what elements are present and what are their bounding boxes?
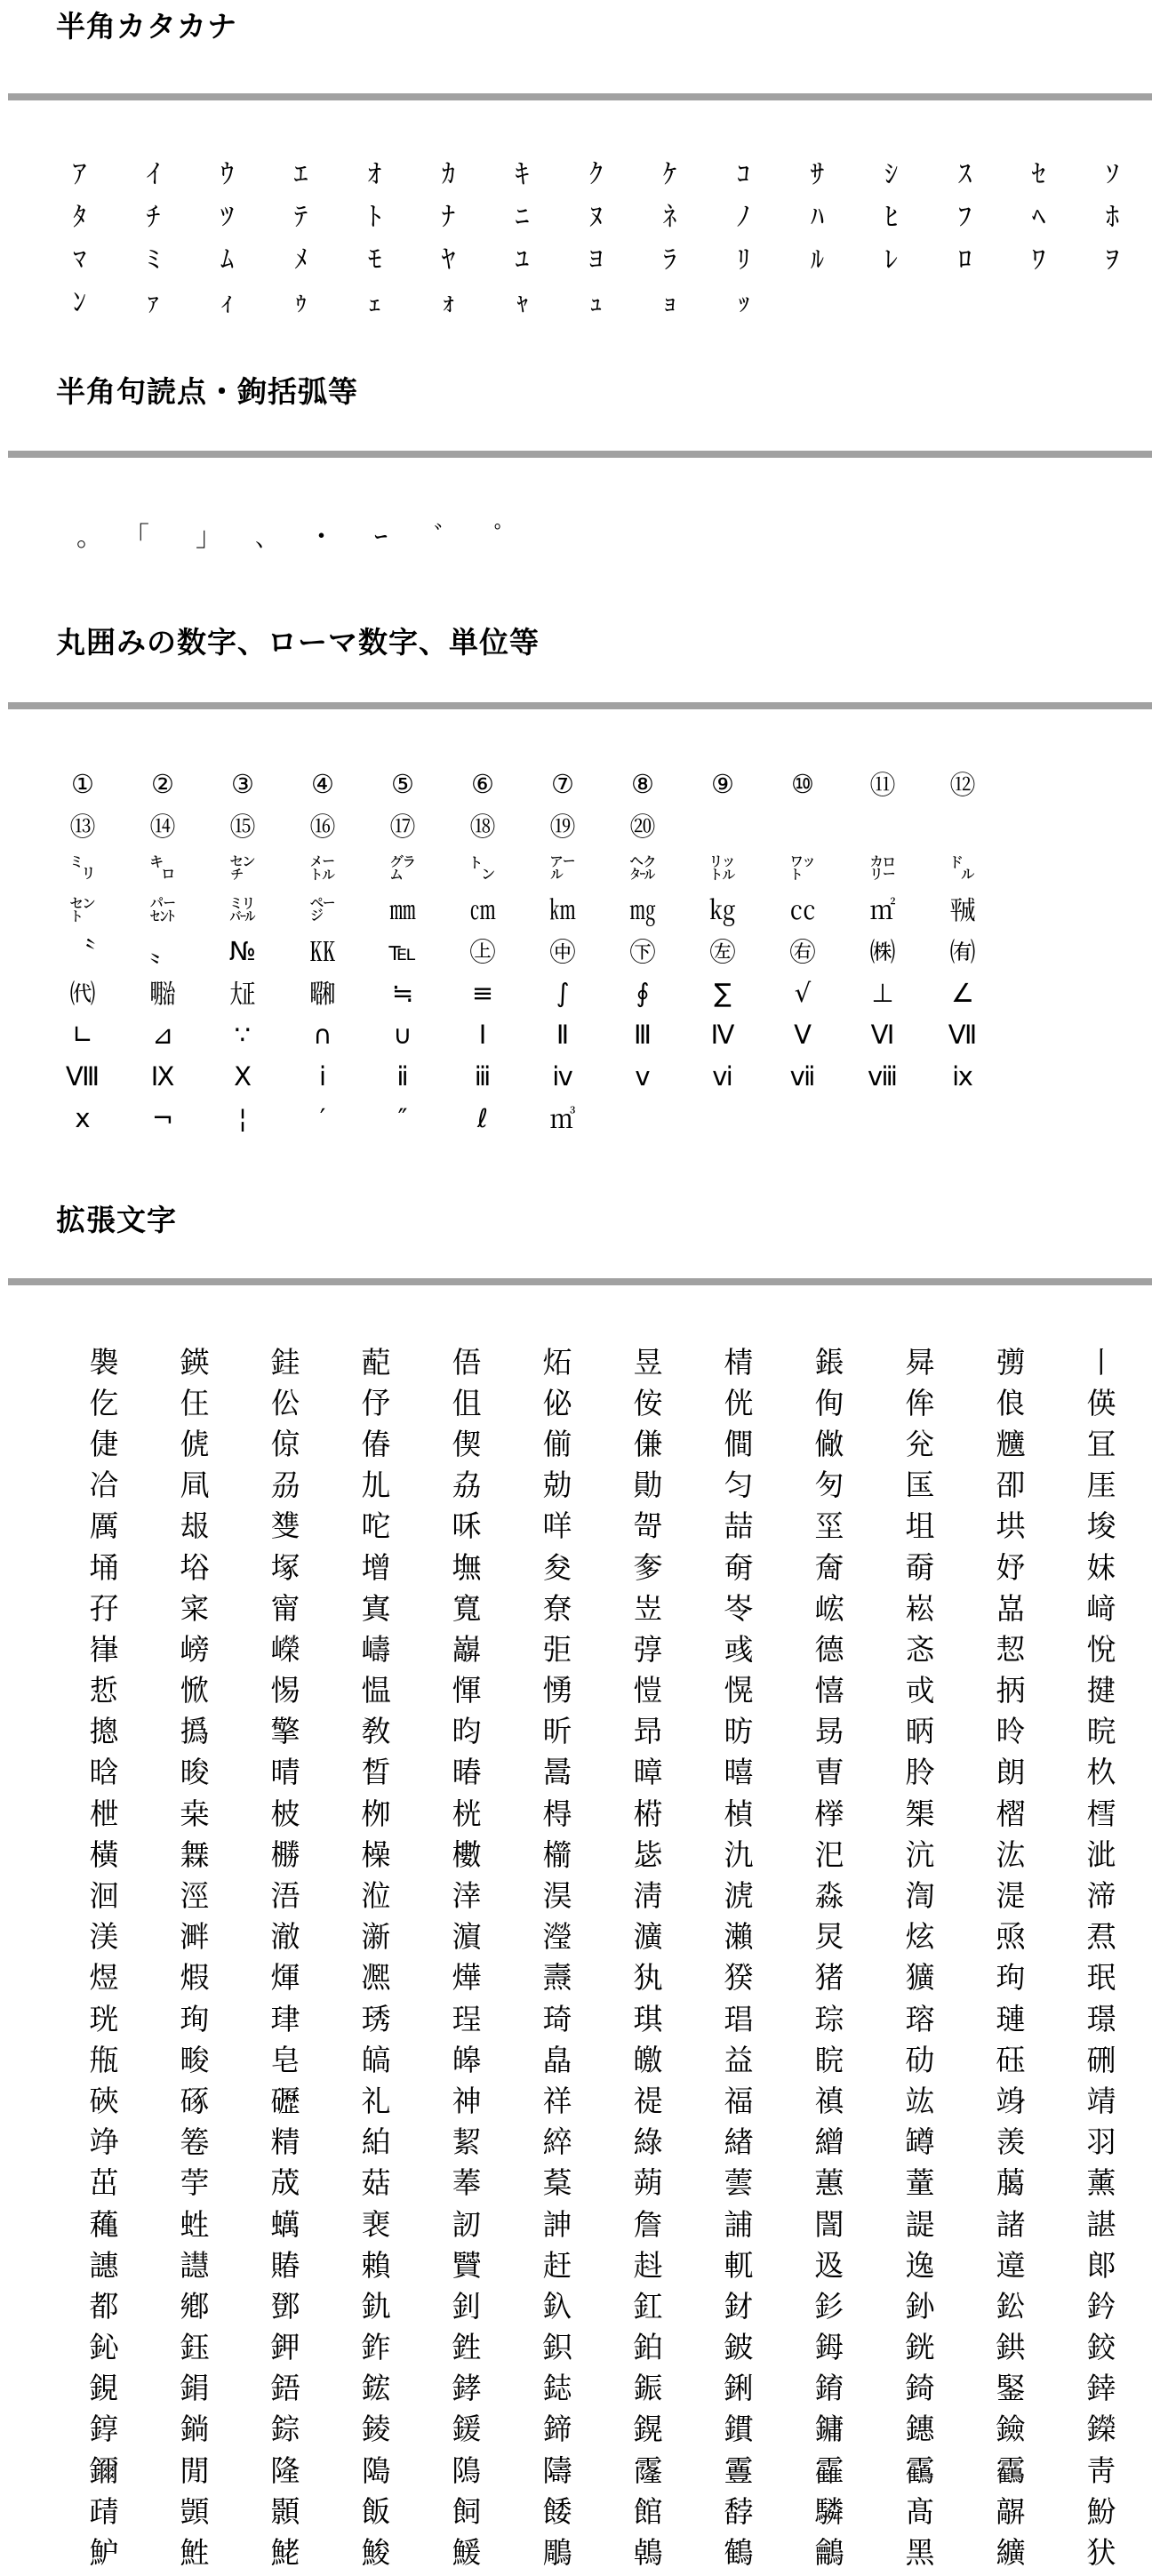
char-row: 仡仼伀伃伹佖侒侊侚侔俍偀 [59, 1380, 1160, 1421]
char-cell: 渧 [1056, 1873, 1147, 1915]
char-cell: ﾇ [559, 195, 633, 234]
char-cell: 愑 [512, 1668, 603, 1709]
char-cell: 褜 [59, 1340, 149, 1381]
char-cell: 館 [603, 2489, 693, 2531]
char-cell: 鍈 [149, 1340, 240, 1381]
char-cell: 晴 [240, 1749, 331, 1791]
char-cell: 犾 [1056, 2530, 1147, 2572]
char-cell: 偀 [1056, 1380, 1147, 1422]
char-cell: ㍑ [683, 849, 763, 885]
char-cell: ⊥ [843, 978, 923, 1008]
char-cell: 鋙 [240, 2365, 331, 2407]
char-cell: ･ [292, 515, 351, 554]
char-cell: 菇 [331, 2160, 421, 2202]
char-cell: 﨣 [603, 2243, 693, 2284]
char-cell: 竧 [965, 2078, 1056, 2120]
char-cell: ∩ [283, 1020, 363, 1050]
char-cell: Ⅹ [203, 1061, 283, 1092]
char-cell: 晥 [1056, 1708, 1147, 1750]
char-cell: 甁 [59, 2037, 149, 2079]
char-cell: 毖 [603, 1832, 693, 1874]
char-cell: 鏆 [693, 2406, 784, 2448]
char-cell: 冾 [59, 1462, 149, 1504]
char-cell: 坥 [875, 1503, 965, 1545]
char-cell: 﨩 [331, 2448, 421, 2490]
char-cell: 渹 [875, 1873, 965, 1915]
char-cell: Ⅴ [763, 1020, 843, 1050]
char-cell: ｪ [338, 280, 412, 319]
char-cell: 髙 [875, 2489, 965, 2531]
char-cell: 晙 [149, 1749, 240, 1791]
char-cell: ⑰ [363, 807, 443, 844]
char-cell: 鉸 [1056, 2324, 1147, 2366]
char-cell: ∑ [683, 978, 763, 1008]
char-cell: 暠 [512, 1749, 603, 1791]
char-cell: 嵭 [149, 1627, 240, 1668]
char-cell: 寘 [331, 1586, 421, 1628]
char-cell: 桄 [421, 1791, 512, 1833]
char-cell: 岺 [693, 1586, 784, 1628]
char-cell: ⑪ [843, 765, 923, 802]
char-cell: 奣 [875, 1545, 965, 1587]
char-cell: 鋓 [693, 2365, 784, 2407]
char-cell: 皞 [421, 2037, 512, 2079]
char-cell: ㍼ [283, 974, 363, 1011]
char-cell: 羽 [1056, 2119, 1147, 2161]
char-cell: 飼 [421, 2489, 512, 2531]
char-cell: 汯 [965, 1832, 1056, 1874]
char-cell: ﾌ [928, 195, 1002, 234]
char-cell: ｨ [190, 280, 264, 319]
char-cell: ② [123, 769, 203, 799]
char-cell: 鏞 [784, 2406, 875, 2448]
char-row: 鋧鋗鋙鋐﨧鋕鋠鋓錥錡鋻﨨 [59, 2366, 1160, 2407]
char-cell: 玽 [965, 1955, 1056, 1996]
char-cell: ∠ [923, 978, 1003, 1008]
char-row: 渼溿澈澵濵瀅瀇瀨炅炫焏焄 [59, 1915, 1160, 1956]
char-cell: ﾒ [264, 237, 338, 276]
char-cell: ⑨ [683, 769, 763, 799]
char-cell: 軏 [693, 2243, 784, 2284]
char-cell: √ [763, 978, 843, 1008]
char-row: 嵂嵭嶸嶹巐弡弴彧德忞恝悅 [59, 1627, 1160, 1668]
char-row: ㈹㍾㍽㍼≒≡∫∮∑√⊥∠ [43, 972, 1160, 1013]
char-cell: ⑱ [443, 807, 523, 844]
char-cell: 釞 [512, 2284, 603, 2325]
char-cell: 溿 [149, 1914, 240, 1956]
char-cell: ㎜ [363, 891, 443, 927]
char-cell: 燁 [421, 1955, 512, 1996]
char-cell: 泚 [1056, 1832, 1147, 1874]
char-cell: 抦 [965, 1668, 1056, 1709]
char-cell: 惕 [240, 1668, 331, 1709]
char-cell: 昱 [603, 1340, 693, 1381]
char-cell: ④ [283, 769, 363, 799]
char-cell: 釚 [331, 2284, 421, 2325]
char-cell: ﾍ [1002, 195, 1076, 234]
char-cell: 﨔 [784, 1791, 875, 1833]
char-cell: 兊 [875, 1421, 965, 1463]
char-cell: ㎝ [443, 891, 523, 927]
char-cell: Ⅲ [603, 1020, 683, 1050]
char-cell: ﾖ [559, 237, 633, 276]
char-cell: ⅸ [923, 1061, 1003, 1092]
char-cell: 鈊 [59, 2324, 149, 2366]
char-cell: 煇 [240, 1955, 331, 1996]
section-title: 半角句読点・鉤括弧等 [0, 374, 1160, 410]
char-cell: ﾏ [43, 237, 116, 276]
char-cell: ㌣ [43, 891, 123, 927]
char-cell: 魵 [1056, 2489, 1147, 2531]
char-cell: ¦ [203, 1103, 283, 1133]
char-cell: 荢 [149, 2160, 240, 2202]
char-cell: 俿 [149, 1421, 240, 1463]
char-cell: 俍 [965, 1380, 1056, 1422]
char-cell: 鮏 [149, 2530, 240, 2572]
char-cell: ﾂ [190, 195, 264, 234]
char-cell: 橳 [240, 1832, 331, 1874]
char-cell: 霻 [693, 2448, 784, 2490]
char-cell: ⅷ [843, 1061, 923, 1092]
char-cell: 〝 [43, 932, 123, 969]
char-cell: 侒 [603, 1380, 693, 1422]
char-cell: 濵 [421, 1914, 512, 1956]
char-cell: 禔 [603, 2078, 693, 2120]
char-cell: 嶹 [331, 1627, 421, 1668]
char-cell: 戓 [875, 1668, 965, 1709]
char-cell: ⑮ [203, 807, 283, 844]
char-cell: ｳ [190, 152, 264, 191]
char-cell: 勛 [603, 1462, 693, 1504]
char-cell: 釮 [693, 2284, 784, 2325]
char-cell: 鑈 [59, 2448, 149, 2490]
char-cell: 鋕 [512, 2365, 603, 2407]
char-cell: 偆 [331, 1421, 421, 1463]
char-cell: 橫 [59, 1832, 149, 1874]
char-cell: ﾚ [854, 237, 928, 276]
char-cell: ③ [203, 769, 283, 799]
char-cell: 霳 [603, 2448, 693, 2490]
char-cell: 﨧 [421, 2365, 512, 2407]
char-cell: 嵓 [965, 1586, 1056, 1628]
char-cell: ｸ [559, 152, 633, 191]
char-cell: 兤 [965, 1421, 1056, 1463]
char-cell: 髜 [965, 2489, 1056, 2531]
char-cell: 蘒 [59, 2202, 149, 2244]
char-cell: ∪ [363, 1020, 443, 1050]
char-cell: 菶 [421, 2160, 512, 2202]
char-cell: 增 [331, 1545, 421, 1587]
char-cell: ≒ [363, 978, 443, 1008]
char-cell: 冝 [1056, 1421, 1147, 1463]
char-cell: 曻 [875, 1340, 965, 1381]
char-cell: ｱ [43, 152, 116, 191]
char-cell: 福 [693, 2078, 784, 2120]
char-cell: 奝 [784, 1545, 875, 1587]
char-row: 珖珣珒琇珵琦琪琩琮瑢璉璟 [59, 1996, 1160, 2037]
char-cell: 葈 [512, 2160, 603, 2202]
char-cell: 鉧 [784, 2324, 875, 2366]
char-cell: 靕 [59, 2489, 149, 2531]
char-cell: 﨟 [965, 2160, 1056, 2202]
char-cell: ′ [283, 1103, 363, 1133]
char-cell: ㌶ [603, 849, 683, 885]
char-cell: 炻 [512, 1340, 603, 1381]
char-cell: ① [43, 769, 123, 799]
char-cell: 鑅 [1056, 2406, 1147, 2448]
char-cell: 顗 [149, 2489, 240, 2531]
char-cell: 鋹 [784, 1340, 875, 1381]
char-cell: ﾑ [190, 237, 264, 276]
char-cell: 暙 [421, 1749, 512, 1791]
char-cell: 叝 [149, 1503, 240, 1545]
char-cell: 鵰 [512, 2530, 603, 2572]
char-cell: ﾜ [1002, 237, 1076, 276]
char-cell: 嵂 [59, 1627, 149, 1668]
char-row: 鑈閒隆﨩隝隯霳霻靃靍靏靑 [59, 2448, 1160, 2489]
char-cell: 琩 [693, 1996, 784, 2038]
char-cell: ﾗ [633, 237, 707, 276]
char-cell: 蠇 [240, 2202, 331, 2244]
char-cell: 渼 [59, 1914, 149, 1956]
char-cell: ⅳ [523, 1061, 603, 1092]
char-cell: 刕 [240, 1462, 331, 1504]
char-cell: 楨 [693, 1791, 784, 1833]
char-cell: ㌦ [923, 849, 1003, 885]
char-cell: ㊤ [443, 932, 523, 969]
char-cell: 鏸 [875, 2406, 965, 2448]
char-cell: 銧 [875, 2324, 965, 2366]
char-cell: ㌔ [123, 849, 203, 885]
char-cell: 﨨 [1056, 2365, 1147, 2407]
char-cell: 湜 [965, 1873, 1056, 1915]
char-cell: 〟 [123, 932, 203, 969]
char-cell: 鋗 [149, 2365, 240, 2407]
char-cell: ｴ [264, 152, 338, 191]
char-cell: 鈐 [1056, 2284, 1147, 2325]
char-cell: 珖 [59, 1996, 149, 2038]
char-cell: 釗 [421, 2284, 512, 2325]
char-cell: 淸 [603, 1873, 693, 1915]
char-cell: 凞 [331, 1955, 421, 1996]
char-cell: 嶸 [240, 1627, 331, 1668]
char-cell: 硎 [1056, 2037, 1147, 2079]
char-cell: 鋐 [331, 2365, 421, 2407]
char-cell: 埇 [59, 1545, 149, 1587]
char-cell: 睆 [784, 2037, 875, 2079]
char-cell: 逸 [875, 2243, 965, 2284]
char-cell: ⅲ [443, 1061, 523, 1092]
char-cell: 羡 [965, 2119, 1056, 2161]
section-extended-characters: 拡張文字 褜鍈銈蓜俉炻昱棈鋹曻彅丨仡仼伀伃伹佖侒侊侚侔俍偀倢俿倞偆偰偂傔僴僘兊兤… [0, 1203, 1160, 2572]
char-cell: ﾞ [411, 515, 470, 554]
char-cell: ∟ [43, 1020, 123, 1050]
char-row: ｡｢｣､･ｰﾞﾟ [53, 513, 1160, 556]
char-cell: 惞 [149, 1668, 240, 1709]
char-row: 甁畯皂皜皞皛皦益睆劯砡硎 [59, 2037, 1160, 2078]
char-row: 煜煆煇凞燁燾犱猤猪獷玽珉 [59, 1956, 1160, 1996]
numbers-units-char-grid: ①②③④⑤⑥⑦⑧⑨⑩⑪⑫⑬⑭⑮⑯⑰⑱⑲⑳㍉㌔㌢㍍㌘㌧㌃㌶㍑㍗㌍㌦㌣㌫㍊㌻㎜㎝㎞㎎… [43, 763, 1160, 1139]
char-cell: ㈹ [43, 974, 123, 1011]
char-cell: ∮ [603, 978, 683, 1008]
char-cell: ¬ [123, 1103, 203, 1133]
char-cell: ㎡ [843, 891, 923, 927]
char-cell: 僘 [784, 1421, 875, 1463]
char-cell: 杦 [1056, 1749, 1147, 1791]
char-cell: 傔 [603, 1421, 693, 1463]
char-cell: 棈 [693, 1340, 784, 1381]
char-cell: ｮ [633, 280, 707, 319]
char-cell: 鈼 [331, 2324, 421, 2366]
char-cell: ㎞ [523, 891, 603, 927]
char-cell: 飯 [331, 2489, 421, 2531]
char-cell: 﨏 [149, 1545, 240, 1587]
char-cell: 咩 [512, 1503, 603, 1545]
char-cell: 綷 [512, 2119, 603, 2161]
char-cell: ㌘ [363, 849, 443, 885]
char-cell: ㊦ [603, 932, 683, 969]
char-cell: 鈆 [965, 2284, 1056, 2325]
char-cell: 璉 [965, 1996, 1056, 2038]
char-cell: 棏 [512, 1791, 603, 1833]
char-cell: 琇 [331, 1996, 421, 2038]
char-cell: 偂 [512, 1421, 603, 1463]
char-cell: 匤 [875, 1462, 965, 1504]
char-cell: 勀 [512, 1462, 603, 1504]
char-cell: 恝 [965, 1627, 1056, 1668]
char-cell: 崧 [875, 1586, 965, 1628]
char-cell: 赶 [512, 2243, 603, 2284]
char-cell: ㊥ [523, 932, 603, 969]
extended-kanji-char-grid: 褜鍈銈蓜俉炻昱棈鋹曻彅丨仡仼伀伃伹佖侒侊侚侔俍偀倢俿倞偆偰偂傔僴僘兊兤冝冾凬刕劜… [59, 1340, 1160, 2572]
char-cell: ｧ [116, 280, 190, 319]
section-title: 半角カタカナ [0, 9, 1160, 44]
char-cell: 隝 [421, 2448, 512, 2490]
char-cell: 鰀 [421, 2530, 512, 2572]
char-cell: ﾀ [43, 195, 116, 234]
char-cell: 悅 [1056, 1627, 1147, 1668]
char-cell: ㍉ [43, 849, 123, 885]
char-cell: 巐 [421, 1627, 512, 1668]
char-cell: 佖 [512, 1380, 603, 1422]
char-row: 晗晙晴晳暙暠暲暿曺朎朗杦 [59, 1750, 1160, 1791]
char-cell: 惲 [421, 1668, 512, 1709]
char-cell: 皂 [240, 2037, 331, 2079]
char-cell: ､ [232, 515, 292, 554]
char-cell: 凬 [149, 1462, 240, 1504]
char-cell: 薰 [1056, 2160, 1147, 2202]
char-cell: ⑬ [43, 807, 123, 844]
char-cell: 奓 [603, 1545, 693, 1587]
char-cell: Ⅳ [683, 1020, 763, 1050]
char-cell: 繒 [784, 2119, 875, 2161]
char-cell: ⑧ [603, 769, 683, 799]
char-cell: 鄕 [149, 2284, 240, 2325]
char-cell: 鉑 [603, 2324, 693, 2366]
char-cell: 寬 [421, 1586, 512, 1628]
char-cell: 咜 [331, 1503, 421, 1545]
char-cell: ｽ [928, 152, 1002, 191]
char-cell: 鸙 [784, 2530, 875, 2572]
char-cell: 劯 [875, 2037, 965, 2079]
char-row: 靕顗顥飯飼餧館馞驎髙髜魵 [59, 2489, 1160, 2530]
char-cell: ⅹ [43, 1103, 123, 1133]
char-cell: 珉 [1056, 1955, 1147, 1996]
char-cell: 洄 [59, 1873, 149, 1915]
char-cell: 賰 [240, 2243, 331, 2284]
char-cell: 曺 [784, 1749, 875, 1791]
char-cell: 罇 [875, 2119, 965, 2161]
char-cell: Ⅵ [843, 1020, 923, 1050]
char-cell: 焄 [1056, 1914, 1147, 1956]
char-cell: 僴 [693, 1421, 784, 1463]
char-cell: ｬ [485, 280, 559, 319]
char-cell: 硤 [59, 2078, 149, 2120]
char-cell: 硺 [149, 2078, 240, 2120]
char-row: 悊惞惕愠惲愑愷愰憘戓抦揵 [59, 1668, 1160, 1709]
char-cell: ﾃ [264, 195, 338, 234]
katakana-char-grid: ｱｲｳｴｵｶｷｸｹｺｻｼｽｾｿﾀﾁﾂﾃﾄﾅﾆﾇﾈﾉﾊﾋﾌﾍﾎﾏﾐﾑﾒﾓﾔﾕﾖﾗﾘ… [43, 150, 1160, 321]
char-cell: 鵫 [603, 2530, 693, 2572]
char-row: ㍉㌔㌢㍍㌘㌧㌃㌶㍑㍗㌍㌦ [43, 846, 1160, 888]
char-cell: 昻 [603, 1708, 693, 1750]
char-cell: 訒 [421, 2202, 512, 2244]
char-cell: 仡 [59, 1380, 149, 1422]
char-cell: ⑫ [923, 765, 1003, 802]
char-cell: ㍾ [123, 974, 203, 1011]
char-cell: 柀 [240, 1791, 331, 1833]
char-cell: ｭ [559, 280, 633, 319]
char-cell: ⅰ [283, 1061, 363, 1092]
char-row: ⅹ¬¦′″ℓ㎥ [43, 1097, 1160, 1139]
char-cell: 蕫 [875, 2160, 965, 2202]
char-cell: 益 [693, 2037, 784, 2079]
char-row: 錞鋿錝錂鍰鍗鎤鏆鏞鏸鐱鑅 [59, 2407, 1160, 2448]
char-cell: 擎 [240, 1708, 331, 1750]
char-cell: 靑 [1056, 2448, 1147, 2490]
char-row: ①②③④⑤⑥⑦⑧⑨⑩⑪⑫ [43, 763, 1160, 804]
char-cell: ｲ [116, 152, 190, 191]
char-cell: ⅱ [363, 1061, 443, 1092]
char-cell: ⅴ [603, 1061, 683, 1092]
char-cell: 悊 [59, 1668, 149, 1709]
char-cell: 礰 [240, 2078, 331, 2120]
char-row: ⑬⑭⑮⑯⑰⑱⑲⑳ [43, 804, 1160, 846]
char-cell: ㌻ [283, 891, 363, 927]
char-cell: 絈 [331, 2119, 421, 2161]
char-row: ﾀﾁﾂﾃﾄﾅﾆﾇﾈﾉﾊﾋﾌﾍﾎ [43, 193, 1160, 236]
char-cell: 﨡 [149, 2202, 240, 2244]
char-cell: ｷ [485, 152, 559, 191]
char-cell: 靍 [875, 2448, 965, 2490]
char-cell: Ⅸ [123, 1061, 203, 1092]
char-cell: 橆 [149, 1832, 240, 1874]
char-cell: 魲 [59, 2530, 149, 2572]
char-cell: ㏄ [763, 891, 843, 927]
char-cell: 犱 [603, 1955, 693, 1996]
char-cell: 裵 [331, 2202, 421, 2244]
char-cell: 蓜 [331, 1340, 421, 1381]
char-cell: 訷 [512, 2202, 603, 2244]
char-cell: 奛 [693, 1545, 784, 1587]
char-cell: 桒 [149, 1791, 240, 1833]
char-cell: Ⅷ [43, 1061, 123, 1092]
char-cell: 琪 [603, 1996, 693, 2038]
char-cell: ﾘ [707, 237, 780, 276]
char-cell: 諟 [875, 2202, 965, 2244]
char-cell: ∵ [203, 1020, 283, 1050]
char-cell: 驎 [784, 2489, 875, 2531]
